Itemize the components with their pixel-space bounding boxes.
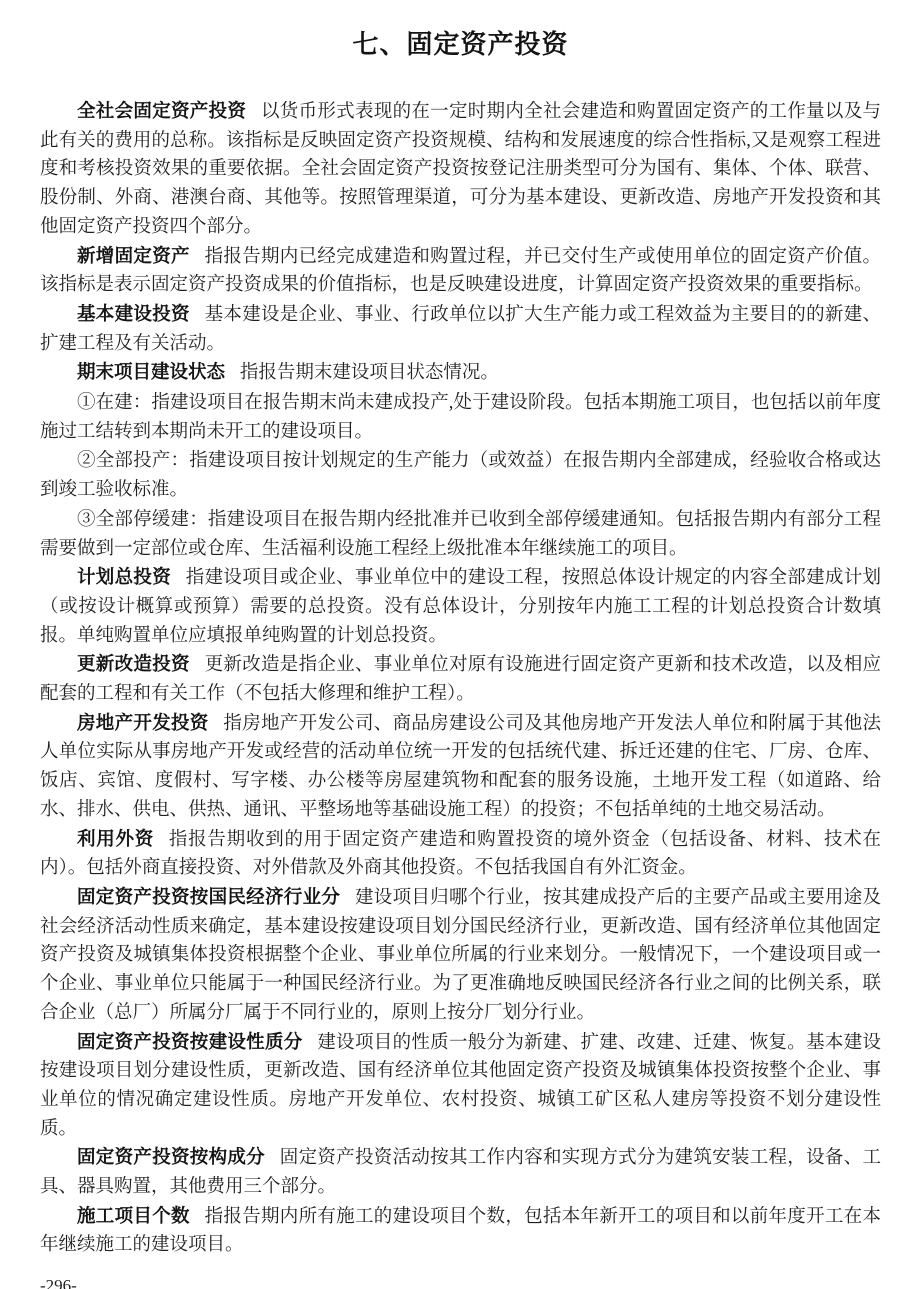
page-number: -296- [40,1276,881,1289]
definition-text: 以货币形式表现的在一定时期内全社会建造和购置固定资产的工作量以及与此有关的费用的… [40,102,881,237]
term-label: 利用外资 [77,828,154,849]
term-label: 固定资产投资按建设性质分 [77,1031,303,1052]
definition-paragraph: 利用外资指报告期收到的用于固定资产建造和购置投资的境外资金（包括设备、材料、技术… [40,825,881,883]
definition-text: ③全部停缓建：指建设项目在报告期内经批准并已收到全部停缓建通知。包括报告期内有部… [40,510,881,559]
definition-subitem-3: ③全部停缓建：指建设项目在报告期内经批准并已收到全部停缓建通知。包括报告期内有部… [40,505,881,563]
definition-text: 指报告期末建设项目状态情况。 [240,363,499,383]
definition-paragraph: 固定资产投资按国民经济行业分建设项目归哪个行业，按其建成投产后的主要产品或主要用… [40,883,881,1028]
definition-text: ②全部投产：指建设项目按计划规定的生产能力（或效益）在报告期内全部建成，经验收合… [40,451,881,500]
definition-paragraph: 施工项目个数指报告期内所有施工的建设项目个数，包括本年新开工的项目和以前年度开工… [40,1202,881,1260]
definition-paragraph: 更新改造投资更新改造是指企业、事业单位对原有设施进行固定资产更新和技术改造，以及… [40,650,881,708]
term-label: 施工项目个数 [77,1205,190,1226]
term-label: 房地产开发投资 [77,712,209,733]
term-label: 计划总投资 [77,566,171,587]
term-label: 固定资产投资按构成分 [77,1146,265,1167]
definition-text: 指报告期收到的用于固定资产建造和购置投资的境外资金（包括设备、材料、技术在内）。… [40,830,881,879]
term-label: 全社会固定资产投资 [77,100,246,121]
definition-text: 建设项目归哪个行业，按其建成投产后的主要产品或主要用途及社会经济活动性质来确定，… [40,888,881,1023]
term-label: 新增固定资产 [77,245,190,266]
definition-paragraph: 全社会固定资产投资以货币形式表现的在一定时期内全社会建造和购置固定资产的工作量以… [40,97,881,242]
document-page: 七、固定资产投资 全社会固定资产投资以货币形式表现的在一定时期内全社会建造和购置… [0,0,921,1289]
term-label: 更新改造投资 [77,653,190,674]
page-title: 七、固定资产投资 [40,24,881,61]
term-label: 期末项目建设状态 [77,361,225,382]
definitions-body: 全社会固定资产投资以货币形式表现的在一定时期内全社会建造和购置固定资产的工作量以… [40,97,881,1260]
term-label: 固定资产投资按国民经济行业分 [77,886,340,907]
definition-paragraph: 期末项目建设状态指报告期末建设项目状态情况。 [40,358,881,388]
term-label: 基本建设投资 [77,303,190,324]
definition-paragraph: 房地产开发投资指房地产开发公司、商品房建设公司及其他房地产开发法人单位和附属于其… [40,709,881,825]
definition-paragraph: 固定资产投资按构成分固定资产投资活动按其工作内容和实现方式分为建筑安装工程，设备… [40,1143,881,1201]
definition-paragraph: 计划总投资指建设项目或企业、事业单位中的建设工程，按照总体设计规定的内容全部建成… [40,563,881,650]
definition-paragraph: 新增固定资产指报告期内已经完成建造和购置过程，并已交付生产或使用单位的固定资产价… [40,242,881,300]
definition-subitem-1: ①在建：指建设项目在报告期末尚未建成投产,处于建设阶段。包括本期施工项目，也包括… [40,388,881,446]
definition-subitem-2: ②全部投产：指建设项目按计划规定的生产能力（或效益）在报告期内全部建成，经验收合… [40,446,881,504]
definition-paragraph: 基本建设投资基本建设是企业、事业、行政单位以扩大生产能力或工程效益为主要目的的新… [40,300,881,358]
definition-text: ①在建：指建设项目在报告期末尚未建成投产,处于建设阶段。包括本期施工项目，也包括… [40,393,881,442]
definition-paragraph: 固定资产投资按建设性质分建设项目的性质一般分为新建、扩建、改建、迁建、恢复。基本… [40,1028,881,1144]
